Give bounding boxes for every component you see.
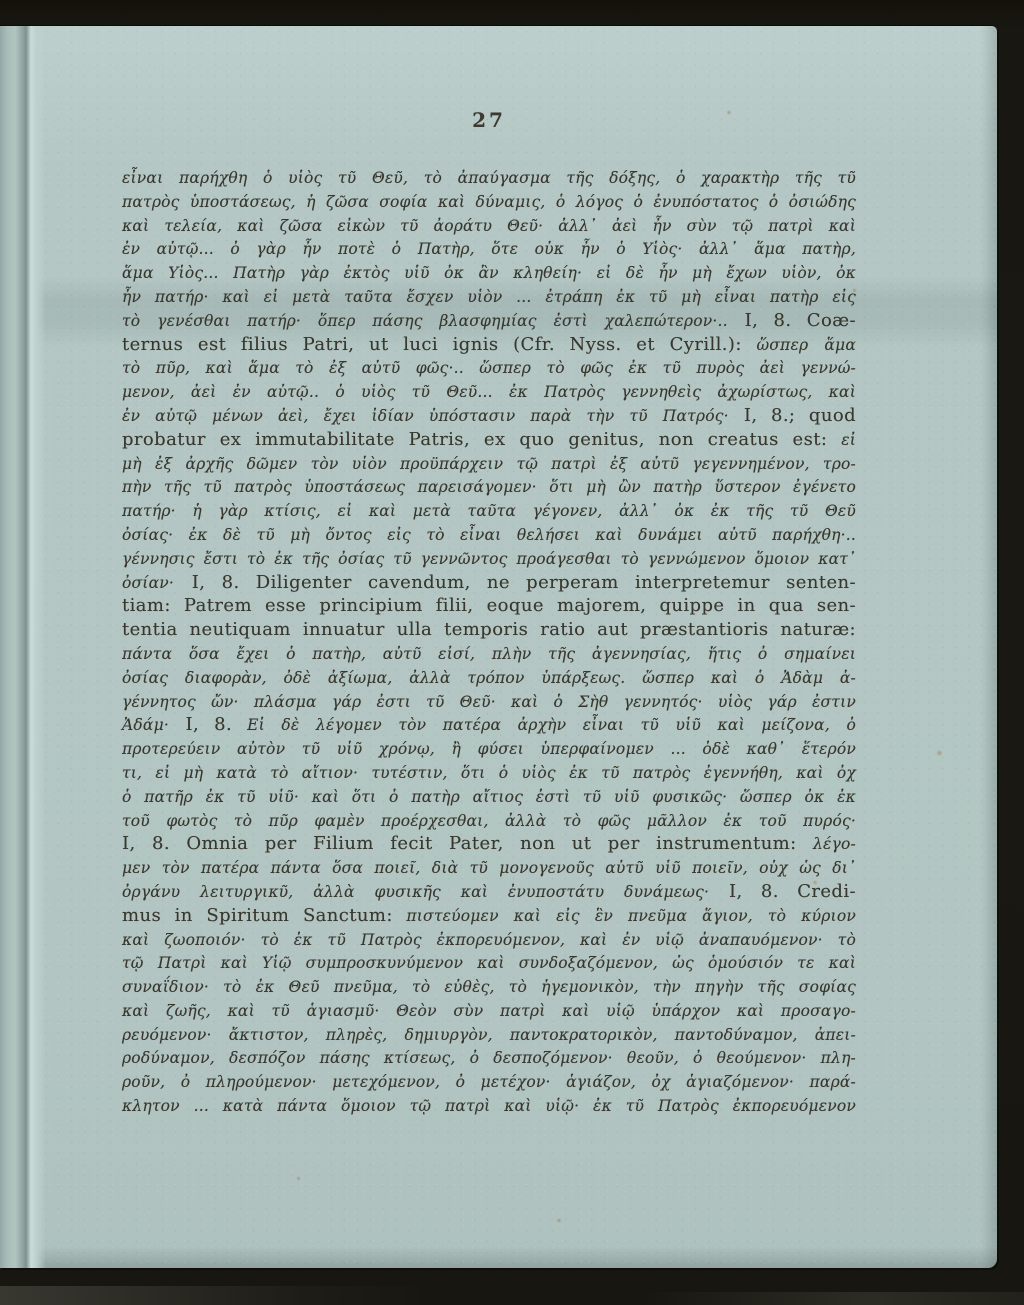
text-line-24: Ἀδάμ· I, 8. Εἰ δὲ λέγομεν τὸν πατέρα ἀρχ… [122,713,856,737]
greek-text-segment: ἦν πατήρ· καὶ εἰ μετὰ ταῦτα ἔσχεν υἱὸν .… [122,288,856,306]
foxing-spot [812,880,818,885]
foxing-spot [936,750,943,756]
text-line-4: ἐν αὐτῷ... ὀ γὰρ ἦν ποτὲ ὁ Πατὴρ, ὅτε οὐ… [122,237,856,261]
greek-text-segment: τι, εἰ μὴ κατὰ τὸ αἴτιον· τυτέστιν, ὅτι … [122,764,856,782]
greek-text-segment: ἐν αὐτῷ... ὀ γὰρ ἦν ποτὲ ὁ Πατὴρ, ὅτε οὐ… [122,240,856,258]
text-line-15: πατήρ· ἡ γὰρ κτίσις, εἰ καὶ μετὰ ταῦτα γ… [122,499,856,523]
greek-text-segment: ροδύναμον, δεσπόζον πάσης κτίσεως, ὀ δεσ… [122,1049,856,1067]
greek-text-segment: γέννητος ὤν· πλάσμα γάρ ἐστι τῦ Θεῦ· καὶ… [122,693,856,711]
greek-text-segment: ὁ πατῆρ ἐκ τῦ υἱῦ· καὶ ὅτι ὁ πατὴρ αἴτιο… [122,788,856,806]
foxing-spot [726,110,732,115]
latin-text-segment: tentia neutiquam innuatur ulla temporis … [122,619,856,640]
text-line-27: ὁ πατῆρ ἐκ τῦ υἱῦ· καὶ ὅτι ὁ πατὴρ αἴτιο… [122,785,856,809]
text-line-18: ὀσίαν· I, 8. Diligenter cavendum, ne per… [122,571,856,595]
text-line-6: ἦν πατήρ· καὶ εἰ μετὰ ταῦτα ἔσχεν υἱὸν .… [122,285,856,309]
text-line-25: προτερεύειν αὐτὸν τῦ υἱῦ χρόνῳ, ἢ φύσει … [122,737,856,761]
text-line-16: ὀσίας· ἐκ δὲ τῦ μὴ ὄντος εἰς τὸ εἶναι θε… [122,523,856,547]
page-number: 27 [122,108,856,132]
text-line-33: καὶ ζωοποιόν· τὸ ἐκ τῦ Πατρὸς ἐκπορευόμε… [122,928,856,952]
greek-text-segment: γέννησις ἔστι τὸ ἐκ τῆς ὀσίας τῦ γεννῶντ… [122,550,856,568]
greek-text-segment: ρευόμενον· ἄκτιστον, πληρὲς, δημιυργὸν, … [122,1026,856,1044]
foxing-spot [852,288,857,293]
lower-page-edge-shadow [0,1286,430,1305]
greek-text-segment: ὀσίας διαφορὰν, ὀδὲ ἀξίωμα, ἀλλὰ τρόπον … [122,669,856,687]
greek-text-segment: ροῦν, ὀ πληρούμενον· μετεχόμενον, ὀ μετέ… [122,1073,856,1091]
text-line-38: ροδύναμον, δεσπόζον πάσης κτίσεως, ὀ δεσ… [122,1046,856,1070]
lower-page-edge-shadow-right [640,1292,1024,1305]
latin-text-segment: I, 8. Credi- [729,881,856,902]
text-line-22: ὀσίας διαφορὰν, ὀδὲ ἀξίωμα, ἀλλὰ τρόπον … [122,666,856,690]
greek-text-segment: εἰ [841,431,856,449]
text-line-39: ροῦν, ὀ πληρούμενον· μετεχόμενον, ὀ μετέ… [122,1070,856,1094]
greek-text-segment: λέγο- [813,835,856,853]
text-line-14: πὴν τῆς τῦ πατρὸς ὑποστάσεως παρεισάγομε… [122,475,856,499]
greek-text-segment: καὶ ζωοποιόν· τὸ ἐκ τῦ Πατρὸς ἐκπορευόμε… [122,931,856,949]
text-line-11: ἐν αὐτῷ μένων ἀεὶ, ἔχει ἰδίαν ὑπόστασιν … [122,404,856,428]
greek-text-segment: ὀσίας· ἐκ δὲ τῦ μὴ ὄντος εἰς τὸ εἶναι θε… [122,526,856,544]
text-line-34: τῷ Πατρὶ καὶ Υἱῷ συμπροσκυνύμενον καὶ συ… [122,951,856,975]
greek-text-segment: καὶ ζωῆς, καὶ τῦ ἁγιασμῦ· Θεὸν σὺν πατρὶ… [122,1002,856,1020]
greek-text-segment: πὴν τῆς τῦ πατρὸς ὑποστάσεως παρεισάγομε… [122,478,856,496]
greek-text-segment: πιστεύομεν καὶ εἰς ἓν πνεῦμα ἅγιον, τὸ κ… [406,907,856,925]
greek-text-segment: ἐν αὐτῷ μένων ἀεὶ, ἔχει ἰδίαν ὑπόστασιν … [122,407,744,425]
greek-text-segment: μὴ ἐξ ἀρχῆς δῶμεν τὸν υἱὸν προϋπάρχειν τ… [122,455,856,473]
latin-text-segment: I, 8. [186,714,248,735]
scan-backdrop: 27 εἶναι παρήχθη ὁ υἱὸς τῦ Θεῦ, τὸ ἀπαύγ… [0,0,1024,1305]
text-line-28: τοῦ φωτὸς τὸ πῦρ φαμὲν προέρχεσθαι, ἀλλὰ… [122,809,856,833]
binding-gutter-shadow [0,26,46,1268]
foxing-spot [296,1176,301,1181]
text-line-23: γέννητος ὤν· πλάσμα γάρ ἐστι τῦ Θεῦ· καὶ… [122,690,856,714]
greek-text-segment: ἅμα Υἱὸς... Πατὴρ γὰρ ἐκτὸς υἱῦ ὀκ ἂν κλ… [122,264,856,282]
latin-text-segment: I, 8. Omnia per Filium fecit Pater, non … [122,833,813,854]
text-line-32: mus in Spiritum Sanctum: πιστεύομεν καὶ … [122,904,856,928]
greek-text-segment: τῷ Πατρὶ καὶ Υἱῷ συμπροσκυνύμενον καὶ συ… [122,954,856,972]
latin-text-segment: I, 8. Coæ- [745,310,856,331]
text-line-37: ρευόμενον· ἄκτιστον, πληρὲς, δημιυργὸν, … [122,1023,856,1047]
greek-text-segment: προτερεύειν αὐτὸν τῦ υἱῦ χρόνῳ, ἢ φύσει … [122,740,856,758]
text-line-9: τὸ πῦρ, καὶ ἅμα τὸ ἐξ αὐτῦ φῶς·.. ὥσπερ … [122,356,856,380]
greek-text-segment: ὥσπερ ἅμα [756,336,856,354]
greek-text-segment: μεν τὸν πατέρα πάντα ὅσα ποιεῖ, διὰ τῦ μ… [122,859,856,877]
foxing-spot [556,1218,562,1223]
text-line-31: ὀργάνυ λειτυργικῦ, ἀλλὰ φυσικῆς καὶ ἐνυπ… [122,880,856,904]
text-line-1: εἶναι παρήχθη ὁ υἱὸς τῦ Θεῦ, τὸ ἀπαύγασμ… [122,166,856,190]
text-line-40: κλητον ... κατὰ πάντα ὅμοιον τῷ πατρὶ κα… [122,1094,856,1118]
latin-text-segment: I, 8. Diligenter cavendum, ne perperam i… [192,572,856,593]
text-line-29: I, 8. Omnia per Filium fecit Pater, non … [122,832,856,856]
greek-text-segment: ὀργάνυ λειτυργικῦ, ἀλλὰ φυσικῆς καὶ ἐνυπ… [122,883,729,901]
greek-text-segment: πατρὸς ὑποστάσεως, ἡ ζῶσα σοφία καὶ δύνα… [122,193,856,211]
text-line-8: ternus est filius Patri, ut luci ignis (… [122,333,856,357]
text-line-12: probatur ex immutabilitate Patris, ex qu… [122,428,856,452]
greek-text-segment: μενον, ἀεὶ ἐν αὐτῷ.. ὁ υἱὸς τῦ Θεῦ... ἐκ… [122,383,856,401]
latin-text-segment: probatur ex immutabilitate Patris, ex qu… [122,429,841,450]
book-page: 27 εἶναι παρήχθη ὁ υἱὸς τῦ Θεῦ, τὸ ἀπαύγ… [0,26,997,1268]
greek-text-segment: εἶναι παρήχθη ὁ υἱὸς τῦ Θεῦ, τὸ ἀπαύγασμ… [122,169,856,187]
greek-text-segment: Ἀδάμ· [122,716,186,734]
greek-text-segment: πάντα ὅσα ἔχει ὁ πατὴρ, αὐτῦ εἰσί, πλὴν … [122,645,856,663]
text-line-26: τι, εἰ μὴ κατὰ τὸ αἴτιον· τυτέστιν, ὅτι … [122,761,856,785]
text-line-30: μεν τὸν πατέρα πάντα ὅσα ποιεῖ, διὰ τῦ μ… [122,856,856,880]
text-line-5: ἅμα Υἱὸς... Πατὴρ γὰρ ἐκτὸς υἱῦ ὀκ ἂν κλ… [122,261,856,285]
latin-text-segment: tiam: Patrem esse principium filii, eoqu… [122,595,856,616]
text-line-19: tiam: Patrem esse principium filii, eoqu… [122,594,856,618]
greek-text-segment: τοῦ φωτὸς τὸ πῦρ φαμὲν προέρχεσθαι, ἀλλὰ… [122,812,856,830]
greek-text-segment: πατήρ· ἡ γὰρ κτίσις, εἰ καὶ μετὰ ταῦτα γ… [122,502,856,520]
latin-text-segment: ternus est filius Patri, ut luci ignis (… [122,334,756,355]
greek-text-segment: τὸ γενέσθαι πατήρ· ὅπερ πάσης βλασφημίας… [122,312,745,330]
greek-text-segment: Εἰ δὲ λέγομεν τὸν πατέρα ἀρχὴν εἶναι τῦ … [247,716,856,734]
greek-text-segment: τὸ πῦρ, καὶ ἅμα τὸ ἐξ αὐτῦ φῶς·.. ὥσπερ … [122,359,856,377]
text-line-21: πάντα ὅσα ἔχει ὁ πατὴρ, αὐτῦ εἰσί, πλὴν … [122,642,856,666]
greek-text-segment: καὶ τελεία, καὶ ζῶσα εἰκὼν τῦ ἀοράτυ Θεῦ… [122,217,856,235]
latin-text-segment: mus in Spiritum Sanctum: [122,905,406,926]
text-line-17: γέννησις ἔστι τὸ ἐκ τῆς ὀσίας τῦ γεννῶντ… [122,547,856,571]
text-line-2: πατρὸς ὑποστάσεως, ἡ ζῶσα σοφία καὶ δύνα… [122,190,856,214]
text-line-35: συναΐδιον· τὸ ἐκ Θεῦ πνεῦμα, τὸ εὐθὲς, τ… [122,975,856,999]
text-block: εἶναι παρήχθη ὁ υἱὸς τῦ Θεῦ, τὸ ἀπαύγασμ… [122,166,856,1118]
text-line-10: μενον, ἀεὶ ἐν αὐτῷ.. ὁ υἱὸς τῦ Θεῦ... ἐκ… [122,380,856,404]
latin-text-segment: I, 8.; quod [744,405,856,426]
greek-text-segment: κλητον ... κατὰ πάντα ὅμοιον τῷ πατρὶ κα… [122,1097,856,1115]
text-line-7: τὸ γενέσθαι πατήρ· ὅπερ πάσης βλασφημίας… [122,309,856,333]
text-line-13: μὴ ἐξ ἀρχῆς δῶμεν τὸν υἱὸν προϋπάρχειν τ… [122,452,856,476]
greek-text-segment: συναΐδιον· τὸ ἐκ Θεῦ πνεῦμα, τὸ εὐθὲς, τ… [122,978,856,996]
text-line-3: καὶ τελεία, καὶ ζῶσα εἰκὼν τῦ ἀοράτυ Θεῦ… [122,214,856,238]
text-line-36: καὶ ζωῆς, καὶ τῦ ἁγιασμῦ· Θεὸν σὺν πατρὶ… [122,999,856,1023]
greek-text-segment: ὀσίαν· [122,574,192,592]
text-line-20: tentia neutiquam innuatur ulla temporis … [122,618,856,642]
